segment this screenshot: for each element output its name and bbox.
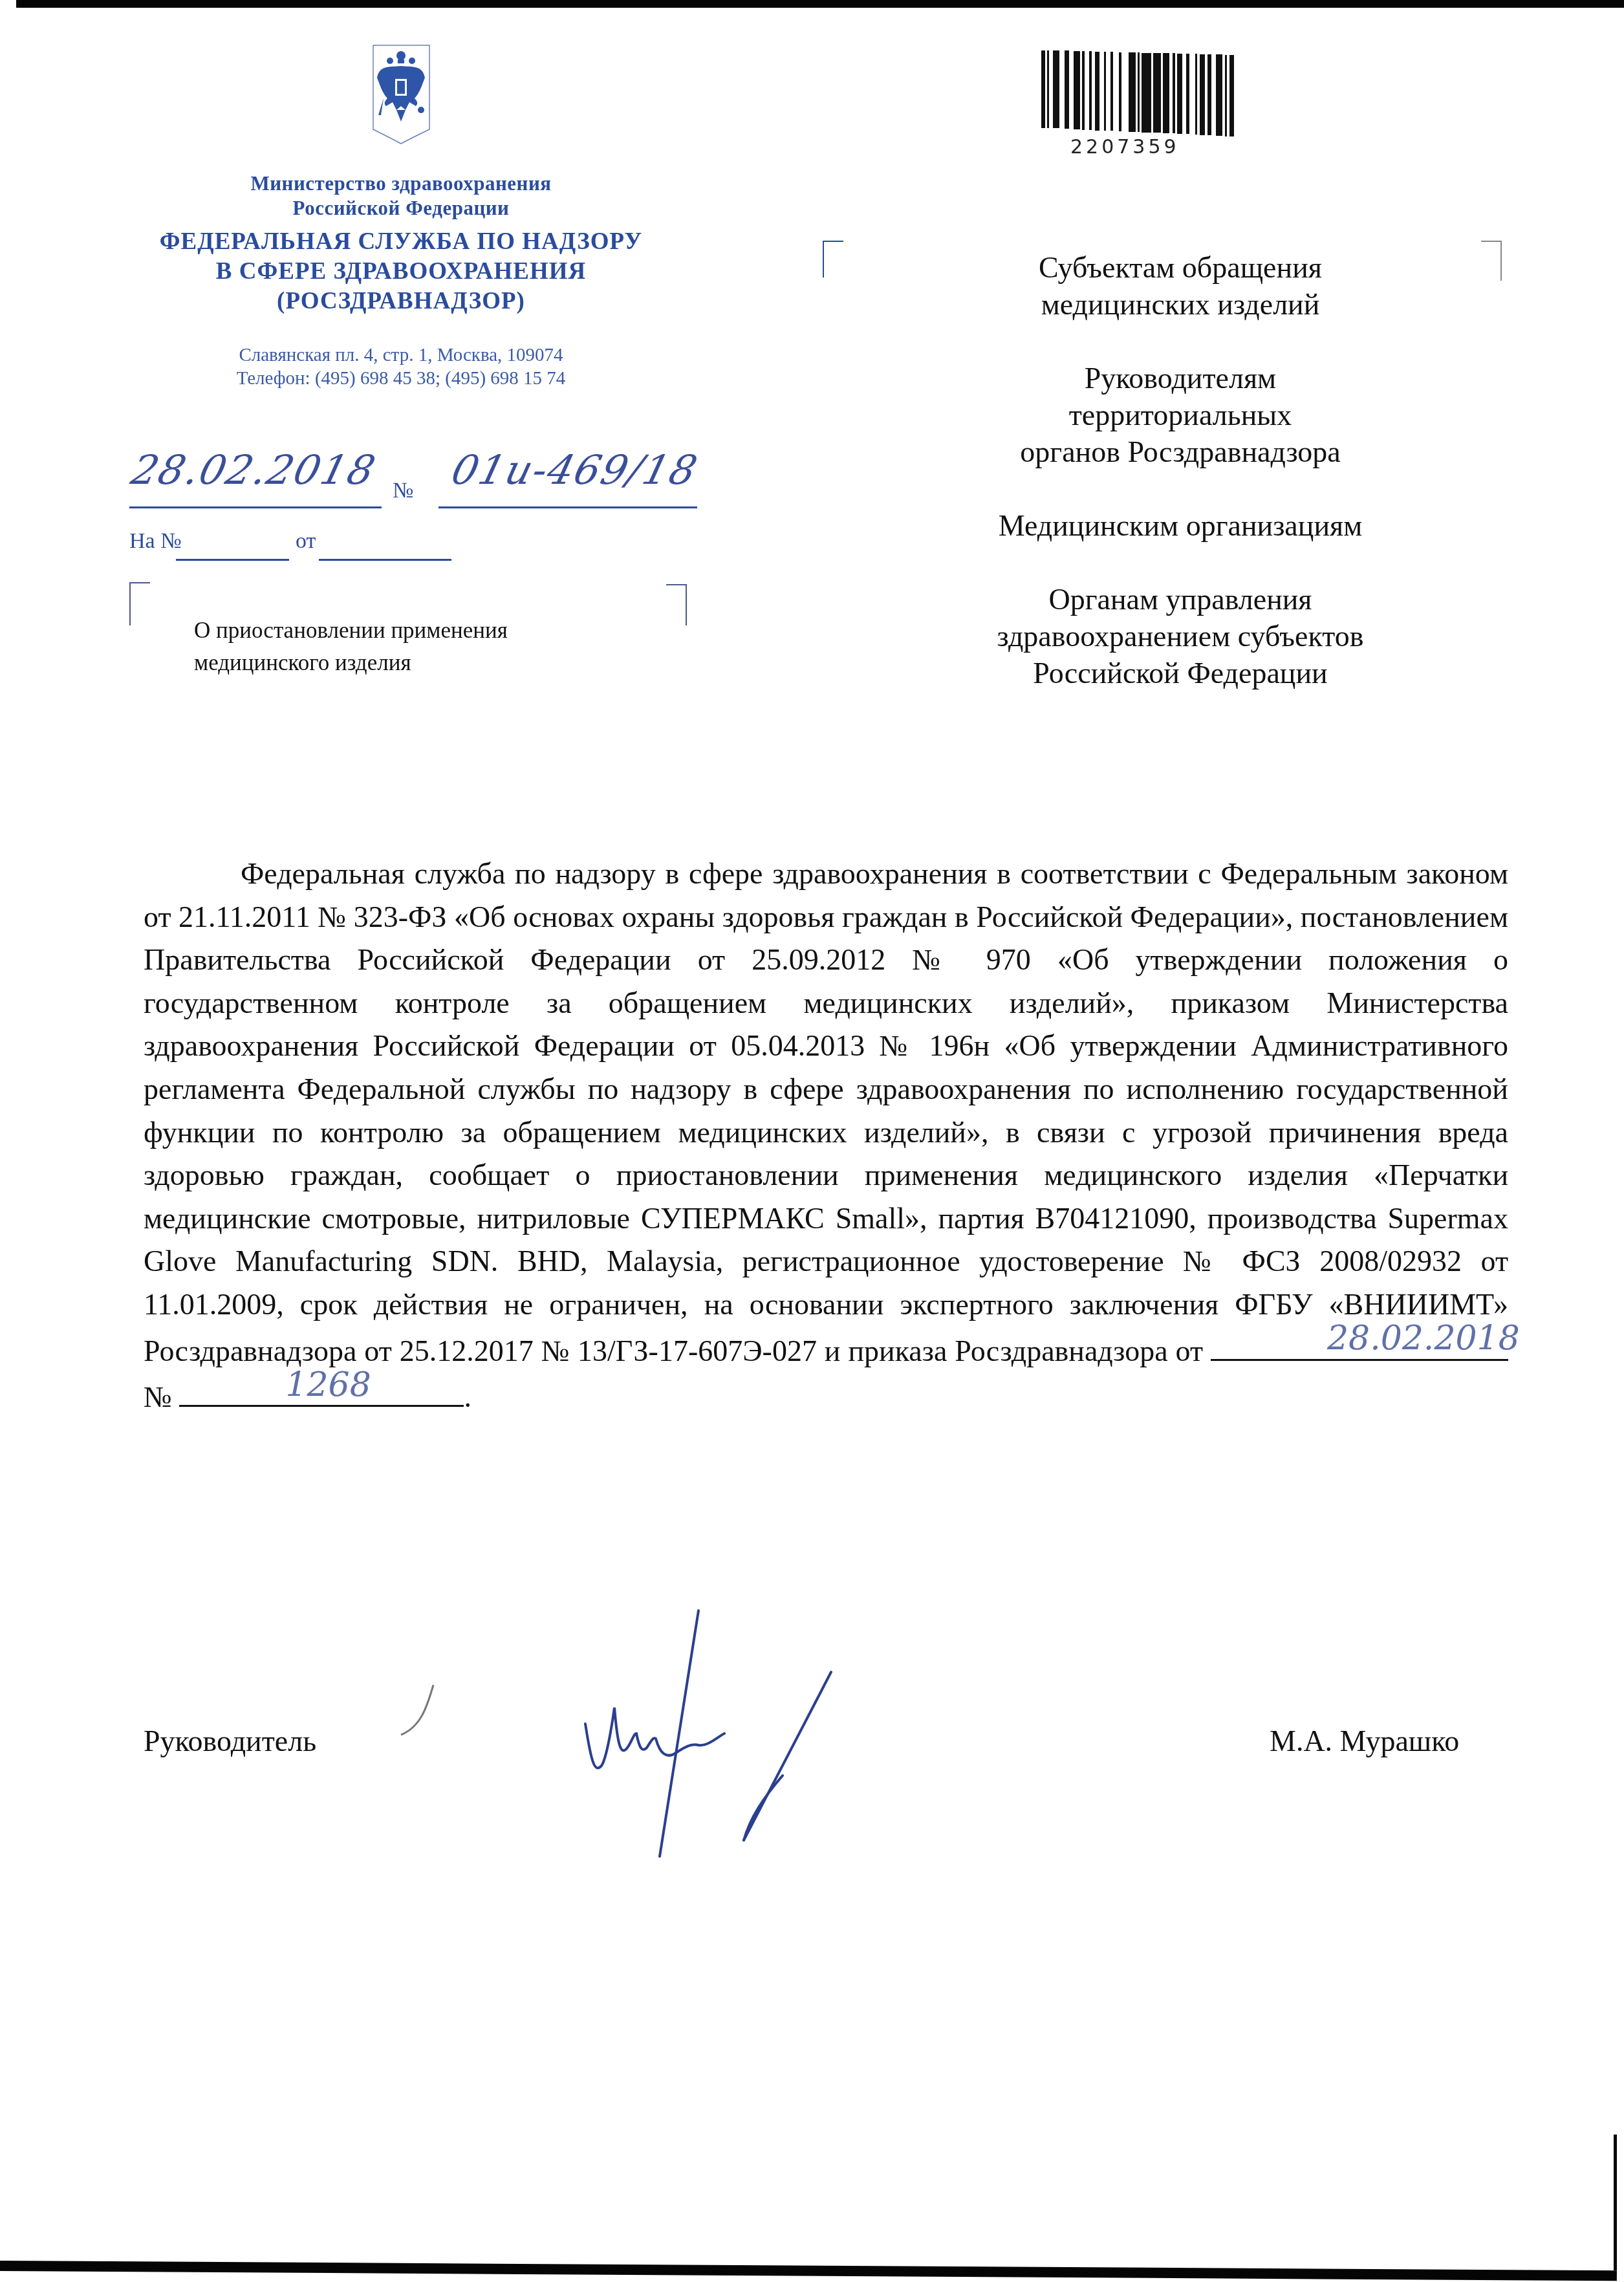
signer-name: М.А. Мурашко — [1270, 1724, 1459, 1758]
order-number-prefix: № — [144, 1376, 172, 1419]
ministry-name: Министерство здравоохранения Российской … — [97, 171, 705, 221]
handwritten-date: 28.02.2018 — [127, 446, 381, 494]
coat-of-arms-icon — [371, 39, 432, 146]
subject-bracket-left — [129, 582, 150, 625]
scan-border-top — [16, 0, 1624, 8]
reply-to-label: На № — [129, 529, 182, 554]
order-number-field: 1268 — [179, 1373, 464, 1407]
service-line-1: ФЕДЕРАЛЬНАЯ СЛУЖБА ПО НАДЗОРУ — [97, 227, 705, 257]
recipient-line: территориальных — [873, 397, 1488, 433]
service-line-2: В СФЕРЕ ЗДРАВООХРАНЕНИЯ — [97, 257, 705, 287]
handwritten-number: 01и-469/18 — [447, 446, 703, 494]
handwritten-signature-icon — [556, 1604, 944, 1863]
signer-title: Руководитель — [144, 1724, 316, 1758]
recipient-line: медицинских изделий — [873, 286, 1488, 323]
ministry-line-1: Министерство здравоохранения — [97, 171, 705, 196]
recipient-line: здравоохранением субъектов — [873, 618, 1488, 655]
body-paragraph: Федеральная служба по надзору в сфере зд… — [144, 857, 1508, 1367]
recipient-line: Субъектам обращения — [873, 249, 1488, 286]
barcode-icon — [1041, 50, 1239, 138]
phone: Телефон: (495) 698 45 38; (495) 698 15 7… — [97, 367, 705, 390]
recipient-bracket-left — [823, 241, 843, 277]
from-label: от — [296, 529, 316, 554]
recipient-item: Субъектам обращения медицинских изделий — [873, 249, 1488, 323]
letter-body: Федеральная служба по надзору в сфере зд… — [144, 853, 1508, 1419]
order-date-field: 28.02.2018 — [1211, 1327, 1508, 1361]
reply-number-line — [176, 559, 289, 561]
outgoing-date: 28.02.2018 — [133, 446, 375, 494]
recipient-line: Российской Федерации — [873, 655, 1488, 691]
ministry-line-2: Российской Федерации — [97, 196, 705, 221]
scan-border-right — [1614, 2135, 1617, 2270]
recipient-line: Руководителям — [873, 360, 1488, 397]
date-underline — [129, 506, 382, 508]
handwritten-order-date: 28.02.2018 — [1230, 1317, 1520, 1360]
recipient-item: Руководителям территориальных органов Ро… — [873, 360, 1488, 470]
recipient-line: Органам управления — [873, 581, 1488, 618]
outgoing-number: 01и-469/18 — [453, 446, 697, 494]
recipient-item: Медицинским организациям — [873, 507, 1488, 544]
recipient-item: Органам управления здравоохранением субъ… — [873, 581, 1488, 691]
subject-line-1: О приостановлении применения — [194, 614, 508, 647]
scan-border-bottom — [0, 2261, 1617, 2281]
end-punctuation: . — [464, 1380, 471, 1413]
number-underline — [438, 506, 697, 508]
recipients-block: Субъектам обращения медицинских изделий … — [873, 249, 1488, 728]
reply-date-line — [319, 559, 451, 561]
recipient-line: органов Росздравнадзора — [873, 433, 1488, 470]
letterhead: Министерство здравоохранения Российской … — [97, 39, 705, 390]
checkmark-icon — [388, 1682, 440, 1740]
address: Славянская пл. 4, стр. 1, Москва, 109074 — [97, 343, 705, 367]
letter-subject: О приостановлении применения медицинског… — [194, 614, 508, 679]
number-symbol: № — [393, 479, 413, 503]
recipient-line: Медицинским организациям — [873, 507, 1488, 544]
service-line-3: (РОСЗДРАВНАДЗОР) — [97, 287, 705, 316]
contact-info: Славянская пл. 4, стр. 1, Москва, 109074… — [97, 343, 705, 390]
subject-line-2: медицинского изделия — [194, 647, 508, 679]
handwritten-order-number: 1268 — [188, 1364, 371, 1407]
barcode-number: 2207359 — [1070, 136, 1180, 158]
subject-bracket-right — [666, 584, 687, 625]
service-name: ФЕДЕРАЛЬНАЯ СЛУЖБА ПО НАДЗОРУ В СФЕРЕ ЗД… — [97, 227, 705, 316]
